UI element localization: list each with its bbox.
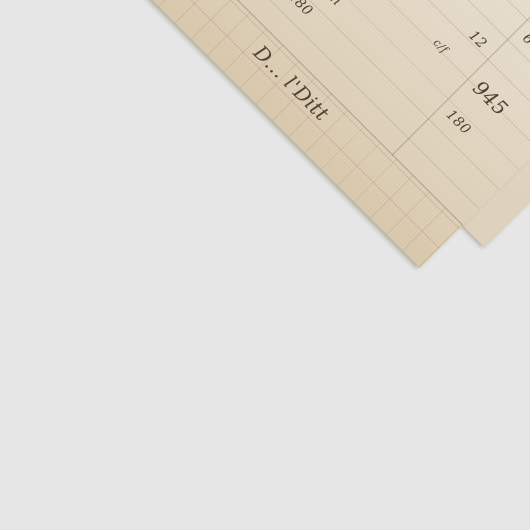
photo-scene: Avoir payé ... Mr Avoir 330 fr. payé 12 …: [0, 0, 530, 530]
ledger-sheet: Avoir payé ... Mr Avoir 330 fr. payé 12 …: [45, 0, 530, 268]
